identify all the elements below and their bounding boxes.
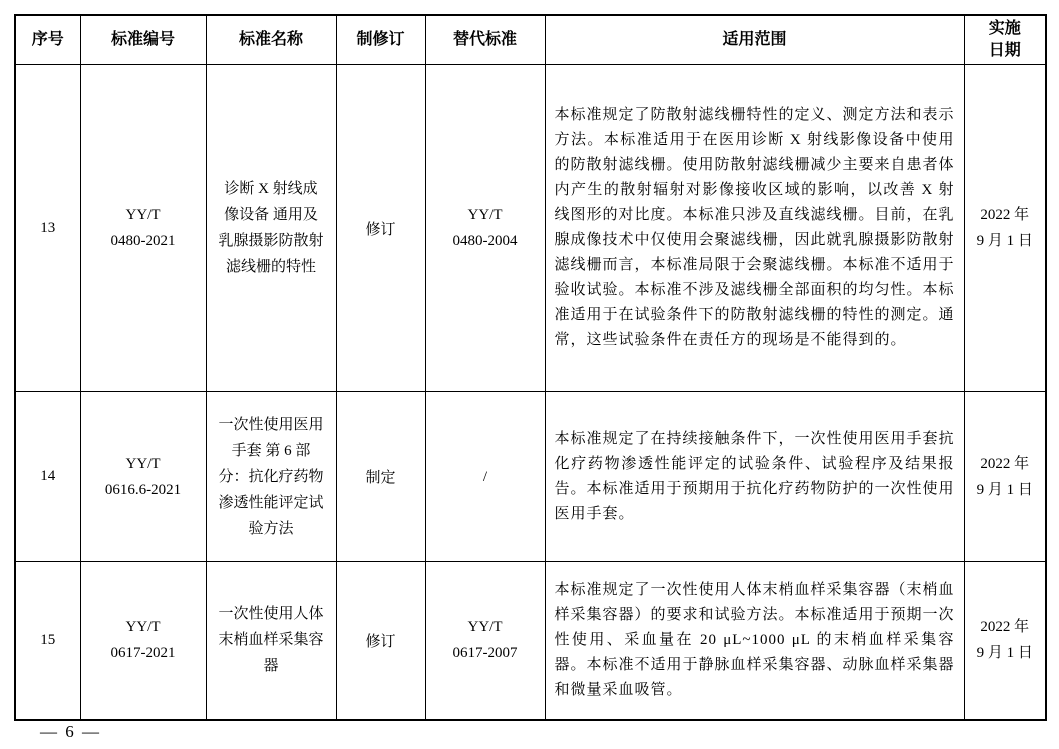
standards-table: 序号 标准编号 标准名称 制修订 替代标准 适用范围 实施 日期 13 YY/T… — [14, 14, 1047, 721]
table-header-row: 序号 标准编号 标准名称 制修订 替代标准 适用范围 实施 日期 — [15, 15, 1046, 65]
cell-standard-name: 诊断 X 射线成像设备 通用及乳腺摄影防散射滤线栅的特性 — [206, 65, 336, 392]
cell-standard-name: 一次性使用人体末梢血样采集容器 — [206, 562, 336, 720]
table-row: 15 YY/T 0617-2021 一次性使用人体末梢血样采集容器 修订 YY/… — [15, 562, 1046, 720]
cell-scope: 本标准规定了防散射滤线栅特性的定义、测定方法和表示方法。本标准适用于在医用诊断 … — [545, 65, 964, 392]
column-header-replaces: 替代标准 — [425, 15, 545, 65]
cell-index: 15 — [15, 562, 80, 720]
column-header-code: 标准编号 — [80, 15, 206, 65]
table-row: 13 YY/T 0480-2021 诊断 X 射线成像设备 通用及乳腺摄影防散射… — [15, 65, 1046, 392]
cell-replaced-standard: / — [425, 392, 545, 562]
table-row: 14 YY/T 0616.6-2021 一次性使用医用手套 第 6 部分：抗化疗… — [15, 392, 1046, 562]
cell-revision-type: 制定 — [336, 392, 425, 562]
column-header-revision-type: 制修订 — [336, 15, 425, 65]
column-header-date: 实施 日期 — [964, 15, 1046, 65]
page-number: — 6 — — [40, 722, 101, 742]
cell-standard-code: YY/T 0616.6-2021 — [80, 392, 206, 562]
cell-standard-name: 一次性使用医用手套 第 6 部分：抗化疗药物渗透性能评定试验方法 — [206, 392, 336, 562]
cell-standard-code: YY/T 0617-2021 — [80, 562, 206, 720]
column-header-scope: 适用范围 — [545, 15, 964, 65]
cell-scope: 本标准规定了在持续接触条件下，一次性使用医用手套抗化疗药物渗透性能评定的试验条件… — [545, 392, 964, 562]
cell-revision-type: 修订 — [336, 65, 425, 392]
cell-implementation-date: 2022 年 9 月 1 日 — [964, 65, 1046, 392]
cell-standard-code: YY/T 0480-2021 — [80, 65, 206, 392]
cell-index: 13 — [15, 65, 80, 392]
cell-revision-type: 修订 — [336, 562, 425, 720]
cell-replaced-standard: YY/T 0480-2004 — [425, 65, 545, 392]
cell-replaced-standard: YY/T 0617-2007 — [425, 562, 545, 720]
column-header-name: 标准名称 — [206, 15, 336, 65]
document-page: 序号 标准编号 标准名称 制修订 替代标准 适用范围 实施 日期 13 YY/T… — [0, 0, 1059, 749]
cell-scope: 本标准规定了一次性使用人体末梢血样采集容器（末梢血样采集容器）的要求和试验方法。… — [545, 562, 964, 720]
column-header-index: 序号 — [15, 15, 80, 65]
cell-implementation-date: 2022 年 9 月 1 日 — [964, 392, 1046, 562]
cell-implementation-date: 2022 年 9 月 1 日 — [964, 562, 1046, 720]
cell-index: 14 — [15, 392, 80, 562]
